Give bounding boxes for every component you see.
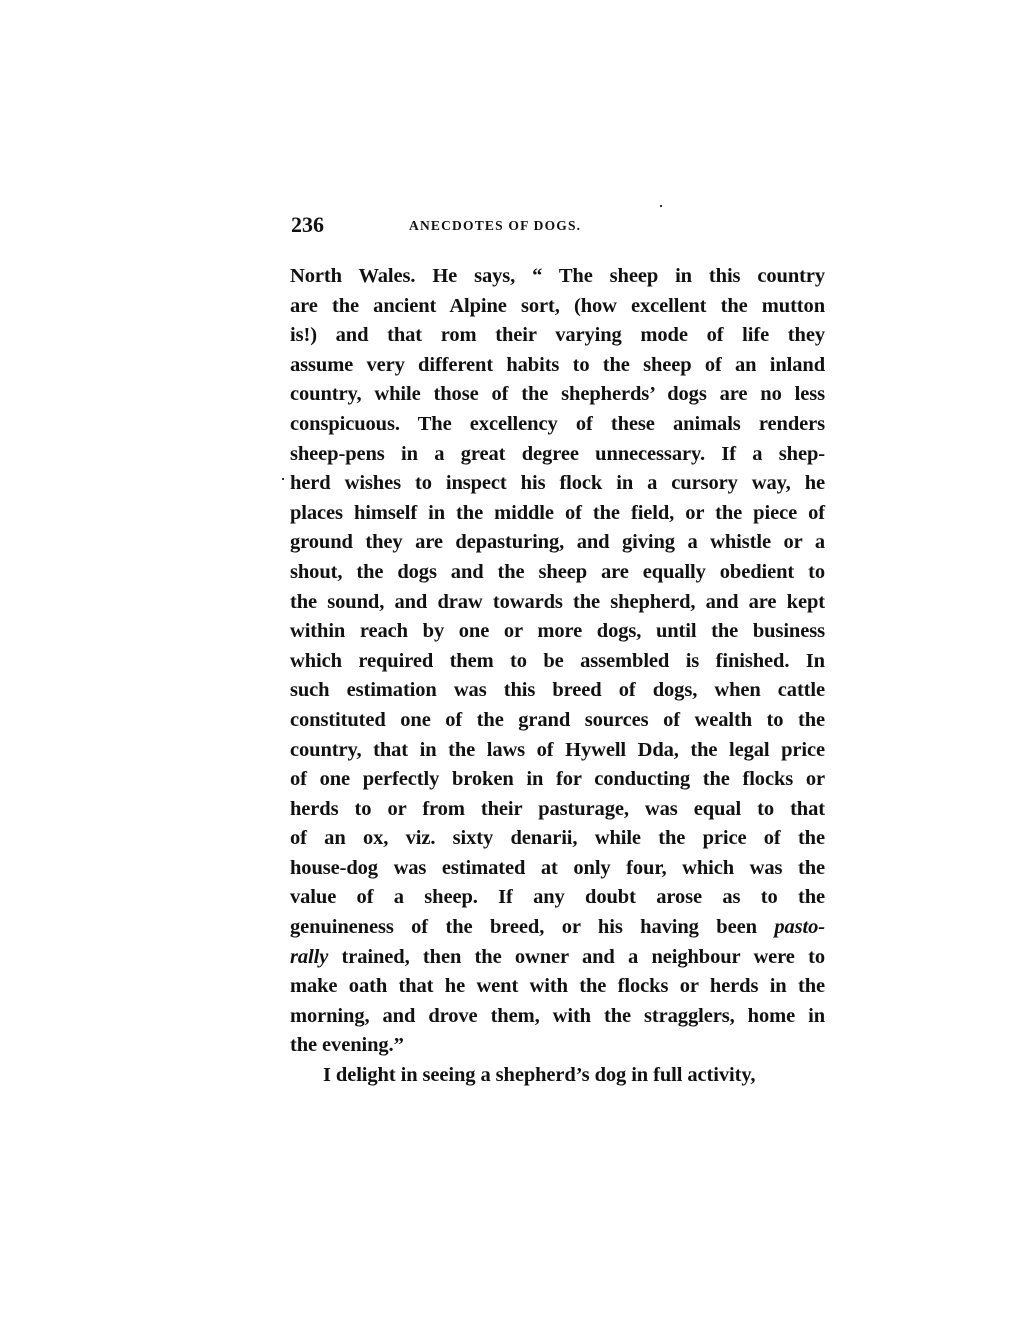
text-line: constituted one of the grand sources of … xyxy=(290,706,825,736)
text-line: morning, and drove them, with the stragg… xyxy=(290,1002,825,1032)
text-line: places himself in the middle of the fiel… xyxy=(290,499,825,529)
running-head: ANECDOTES OF DOGS. xyxy=(409,218,581,234)
text-line: shout, the dogs and the sheep are equall… xyxy=(290,558,825,588)
text-line: genuineness of the breed, or his having … xyxy=(290,913,825,943)
text-span: genuineness of the breed, or his having … xyxy=(290,916,774,938)
page-header: 236 ANECDOTES OF DOGS. xyxy=(291,212,811,242)
print-speck xyxy=(282,478,284,480)
text-line: herd wishes to inspect his flock in a cu… xyxy=(290,469,825,499)
text-line: which required them to be assembled is f… xyxy=(290,647,825,677)
text-line: value of a sheep. If any doubt arose as … xyxy=(290,883,825,913)
text-line: make oath that he went with the flocks o… xyxy=(290,972,825,1002)
paragraph-start: I delight in seeing a shepherd’s dog in … xyxy=(290,1061,825,1091)
page-number: 236 xyxy=(291,212,324,238)
text-line: is!) and that rom their varying mode of … xyxy=(290,321,825,351)
italic-text: pasto- xyxy=(774,916,825,938)
text-span: trained, then the owner and a neighbour … xyxy=(328,946,825,968)
text-line: within reach by one or more dogs, until … xyxy=(290,617,825,647)
text-line: conspicuous. The excellency of these ani… xyxy=(290,410,825,440)
text-line: house-dog was estimated at only four, wh… xyxy=(290,854,825,884)
text-line: such estimation was this breed of dogs, … xyxy=(290,676,825,706)
text-line: are the ancient Alpine sort, (how excell… xyxy=(290,292,825,322)
text-line: sheep-pens in a great degree unnecessary… xyxy=(290,440,825,470)
text-line: the sound, and draw towards the shepherd… xyxy=(290,588,825,618)
text-line: of an ox, viz. sixty denarii, while the … xyxy=(290,824,825,854)
text-line: of one perfectly broken in for conductin… xyxy=(290,765,825,795)
print-speck xyxy=(660,205,662,207)
text-line: country, while those of the shepherds’ d… xyxy=(290,380,825,410)
italic-text: rally xyxy=(290,946,328,968)
text-line: herds to or from their pasturage, was eq… xyxy=(290,795,825,825)
text-line: ground they are depasturing, and giving … xyxy=(290,528,825,558)
book-page: 236 ANECDOTES OF DOGS. North Wales. He s… xyxy=(0,0,1033,1339)
text-line: assume very different habits to the shee… xyxy=(290,351,825,381)
text-line: the evening.” xyxy=(290,1031,825,1061)
text-line: country, that in the laws of Hywell Dda,… xyxy=(290,736,825,766)
text-line: North Wales. He says, “ The sheep in thi… xyxy=(290,262,825,292)
text-line: rally trained, then the owner and a neig… xyxy=(290,943,825,973)
body-text: North Wales. He says, “ The sheep in thi… xyxy=(290,262,825,1091)
